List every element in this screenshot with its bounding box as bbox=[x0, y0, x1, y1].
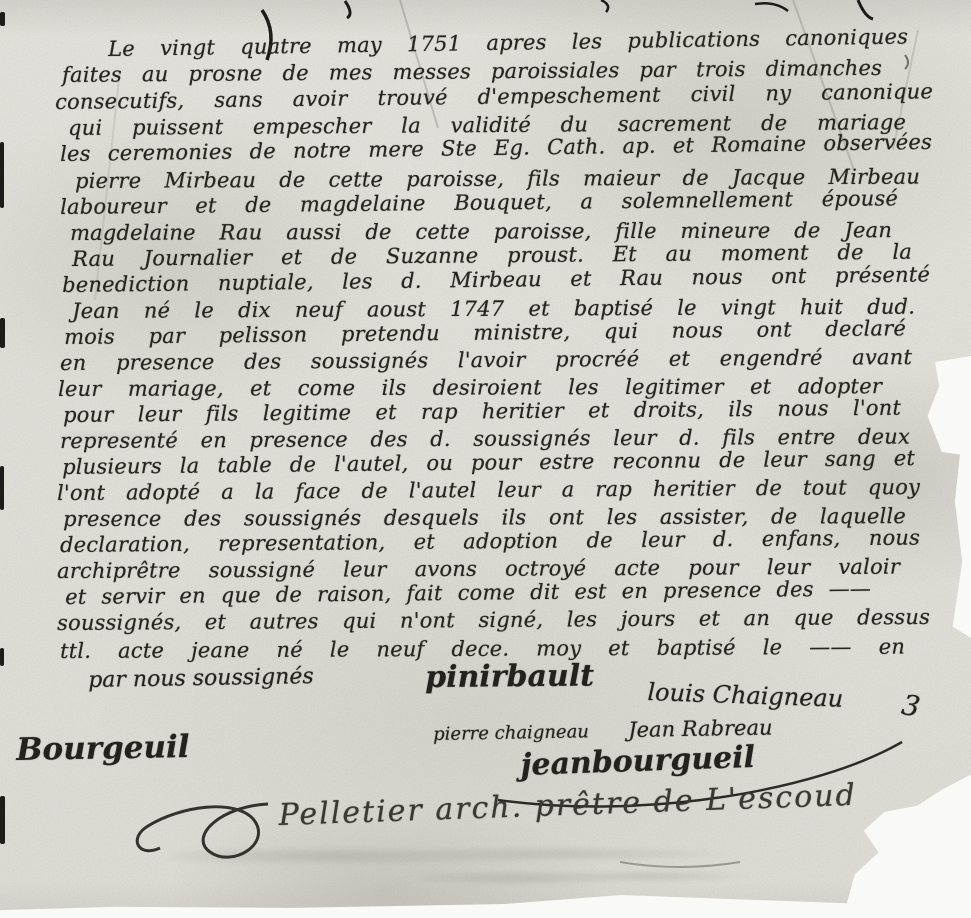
manuscript-line-20: declaration, representation, et adoption… bbox=[60, 526, 920, 556]
signature-pinirbault: pinirbault bbox=[425, 659, 594, 695]
manuscript-line-1: Le vingt quatre may 1751 apres les publi… bbox=[108, 25, 908, 60]
signature-jean-rabreau: Jean Rabreau bbox=[628, 715, 773, 742]
page-number-mark: 3 bbox=[899, 688, 922, 724]
manuscript-line-24: ttl. acte jeane né le neuf dece. moy et … bbox=[60, 636, 905, 662]
signature-bourgueil: Bourgeuil bbox=[16, 729, 190, 768]
closing-phrase: par nous soussignés bbox=[88, 664, 314, 693]
manuscript-body: Le vingt quatre may 1751 apres les publi… bbox=[0, 0, 971, 918]
manuscript-line-23: soussignés, et autres qui n'ont signé, l… bbox=[57, 606, 930, 634]
manuscript-line-18: l'ont adopté a la face de l'autel leur a… bbox=[57, 476, 920, 504]
signature-pierre-chaigneau: pierre chaigneau bbox=[433, 721, 589, 745]
signature-archpriest: Pelletier arch. prêtre de L'escoud bbox=[278, 778, 857, 833]
signature-louis-chaigneau: louis Chaigneau bbox=[647, 678, 844, 713]
document-scan: Le vingt quatre may 1751 apres les publi… bbox=[0, 0, 971, 918]
manuscript-line-15: pour leur fils legitime et rap heritier … bbox=[63, 397, 901, 426]
signature-jean-bourgueil: jeanbourgueil bbox=[520, 740, 756, 783]
manuscript-line-13: en presence des soussignés l'avoir procr… bbox=[60, 346, 912, 374]
